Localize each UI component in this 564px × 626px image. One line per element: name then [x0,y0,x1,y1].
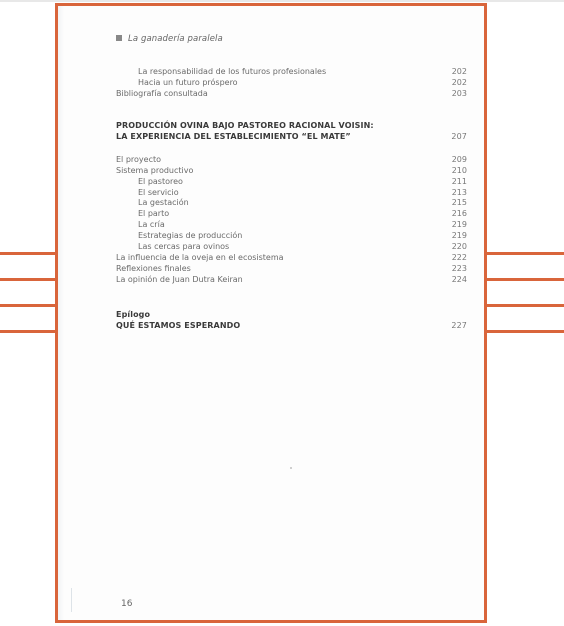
toc-entry-title: Hacia un futuro próspero [138,78,238,88]
toc-entry-page: 219 [452,231,467,241]
toc-entry-title: El proyecto [116,155,161,165]
decorative-line-right [486,252,564,255]
decorative-line-right [486,304,564,307]
gutter-mark [71,588,72,612]
toc-entry-title: La responsabilidad de los futuros profes… [138,67,326,77]
toc-entry-title: La cría [138,220,165,230]
toc-entry-page: 220 [452,242,467,252]
toc-entry-title: Bibliografía consultada [116,89,208,99]
decorative-line-right [486,278,564,281]
toc-entry-title: Sistema productivo [116,166,193,176]
toc-entry-page: 219 [452,220,467,230]
epilogue-heading: Epílogo QUÉ ESTAMOS ESPERANDO 227 [116,309,467,331]
toc-entry-title: Las cercas para ovinos [138,242,229,252]
toc-entry-page: 222 [452,253,467,263]
toc-entry-title: Estrategias de producción [138,231,242,241]
toc-entry-page: 209 [452,155,467,165]
toc-entry-page: 223 [452,264,467,274]
toc-entry-page: 215 [452,198,467,208]
page-shadow [58,6,64,620]
toc-entry-title: La influencia de la oveja en el ecosiste… [116,253,284,263]
toc-entry-page: 203 [452,89,467,99]
toc-entry-title: Reflexiones finales [116,264,191,274]
toc-entry-page: 202 [452,78,467,88]
chapter-page: 207 [451,131,467,142]
epilogue-label: Epílogo [116,309,467,320]
chapter-heading: PRODUCCIÓN OVINA BAJO PASTOREO RACIONAL … [116,120,467,142]
toc-entry-title: La opinión de Juan Dutra Keiran [116,275,243,285]
toc-entry-title: El pastoreo [138,177,183,187]
chapter-title-line1: PRODUCCIÓN OVINA BAJO PASTOREO RACIONAL … [116,120,467,131]
book-page: La ganadería paralela La responsabilidad… [55,3,487,623]
toc-entry-title: El servicio [138,188,179,198]
decorative-line-left [0,304,57,307]
epilogue-title: QUÉ ESTAMOS ESPERANDO [116,320,467,331]
toc-entry-page: 202 [452,67,467,77]
square-bullet-icon [116,35,122,41]
page-number: 16 [121,599,132,609]
toc-entry-page: 211 [452,177,467,187]
epilogue-page: 227 [451,320,467,331]
chapter-title-line2: LA EXPERIENCIA DEL ESTABLECIMIENTO “EL M… [116,131,467,142]
decorative-line-left [0,330,57,333]
toc-entry-page: 213 [452,188,467,198]
running-head-text: La ganadería paralela [128,34,223,44]
toc-entry-title: La gestación [138,198,189,208]
toc-entry-page: 210 [452,166,467,176]
decorative-line-left [0,278,57,281]
toc-entry-title: El parto [138,209,169,219]
toc-entry-page: 224 [452,275,467,285]
running-head: La ganadería paralela [116,34,223,44]
toc-entry-page: 216 [452,209,467,219]
window-top-edge [0,0,564,2]
decorative-line-right [486,330,564,333]
scan-speck [290,467,292,469]
decorative-line-left [0,252,57,255]
